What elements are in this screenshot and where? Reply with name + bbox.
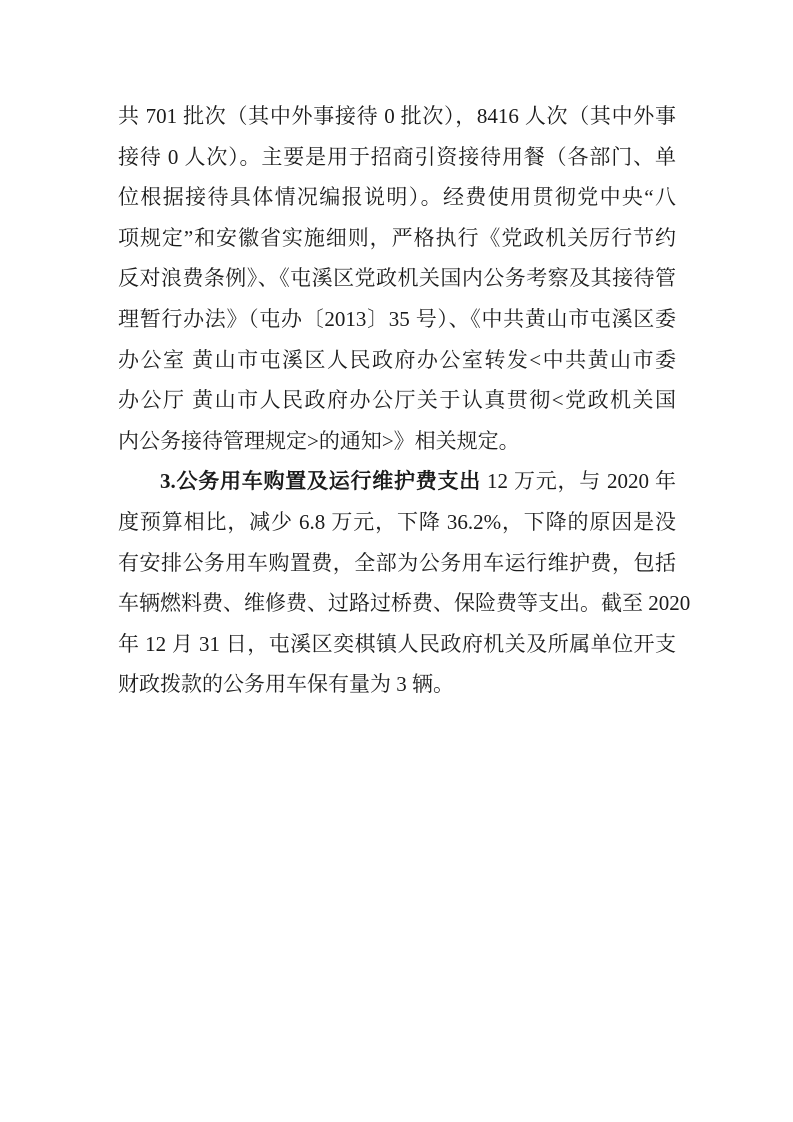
text-segment: 年 12 月 31 日，屯溪区奕棋镇人民政府机关及所属单位开支: [118, 632, 676, 656]
text-line: 3.公务用车购置及运行维护费支出 12 万元，与 2020 年: [118, 461, 676, 502]
text-segment: 财政拨款的公务用车保有量为 3 辆。: [118, 672, 454, 696]
text-line: 度预算相比，减少 6.8 万元，下降 36.2%，下降的原因是没: [118, 502, 676, 543]
text-line: 车辆燃料费、维修费、过路过桥费、保险费等支出。截至 2020: [118, 583, 676, 624]
text-line: 共 701 批次（其中外事接待 0 批次），8416 人次（其中外事: [118, 96, 676, 137]
text-segment-bold: 3.公务用车购置及运行维护费支出: [160, 469, 481, 493]
text-segment: 项规定”和安徽省实施细则，严格执行《党政机关厉行节约: [118, 226, 676, 250]
text-line: 办公厅 黄山市人民政府办公厅关于认真贯彻<党政机关国: [118, 380, 676, 421]
text-line: 理暂行办法》（屯办〔2013〕35 号）、《中共黄山市屯溪区委: [118, 299, 676, 340]
text-line: 年 12 月 31 日，屯溪区奕棋镇人民政府机关及所属单位开支: [118, 624, 676, 665]
document-page: 共 701 批次（其中外事接待 0 批次），8416 人次（其中外事接待 0 人…: [0, 0, 793, 1122]
text-line: 内公务接待管理规定>的通知>》相关规定。: [118, 421, 676, 462]
text-line: 项规定”和安徽省实施细则，严格执行《党政机关厉行节约: [118, 218, 676, 259]
text-segment: 位根据接待具体情况编报说明）。经费使用贯彻党中央“八: [118, 185, 676, 209]
text-segment: 理暂行办法》（屯办〔2013〕35 号）、《中共黄山市屯溪区委: [118, 307, 676, 331]
text-line: 接待 0 人次）。主要是用于招商引资接待用餐（各部门、单: [118, 137, 676, 178]
text-segment: 接待 0 人次）。主要是用于招商引资接待用餐（各部门、单: [118, 145, 676, 169]
text-line: 位根据接待具体情况编报说明）。经费使用贯彻党中央“八: [118, 177, 676, 218]
text-segment: 办公室 黄山市屯溪区人民政府办公室转发<中共黄山市委: [118, 348, 676, 372]
text-segment: 办公厅 黄山市人民政府办公厅关于认真贯彻<党政机关国: [118, 388, 676, 412]
text-segment: 12 万元，与 2020 年: [481, 469, 676, 493]
text-segment: 度预算相比，减少 6.8 万元，下降 36.2%，下降的原因是没: [118, 510, 676, 534]
text-line: 有安排公务用车购置费，全部为公务用车运行维护费，包括: [118, 543, 676, 584]
text-line: 财政拨款的公务用车保有量为 3 辆。: [118, 664, 676, 705]
text-line: 办公室 黄山市屯溪区人民政府办公室转发<中共黄山市委: [118, 340, 676, 381]
text-segment: 反对浪费条例》、《屯溪区党政机关国内公务考察及其接待管: [118, 266, 676, 290]
text-segment: 共 701 批次（其中外事接待 0 批次），8416 人次（其中外事: [118, 104, 676, 128]
document-text-block: 共 701 批次（其中外事接待 0 批次），8416 人次（其中外事接待 0 人…: [118, 96, 676, 705]
text-line: 反对浪费条例》、《屯溪区党政机关国内公务考察及其接待管: [118, 258, 676, 299]
text-segment: 车辆燃料费、维修费、过路过桥费、保险费等支出。截至 2020: [118, 591, 690, 615]
text-segment: 内公务接待管理规定>的通知>》相关规定。: [118, 429, 520, 453]
text-segment: 有安排公务用车购置费，全部为公务用车运行维护费，包括: [118, 551, 676, 575]
